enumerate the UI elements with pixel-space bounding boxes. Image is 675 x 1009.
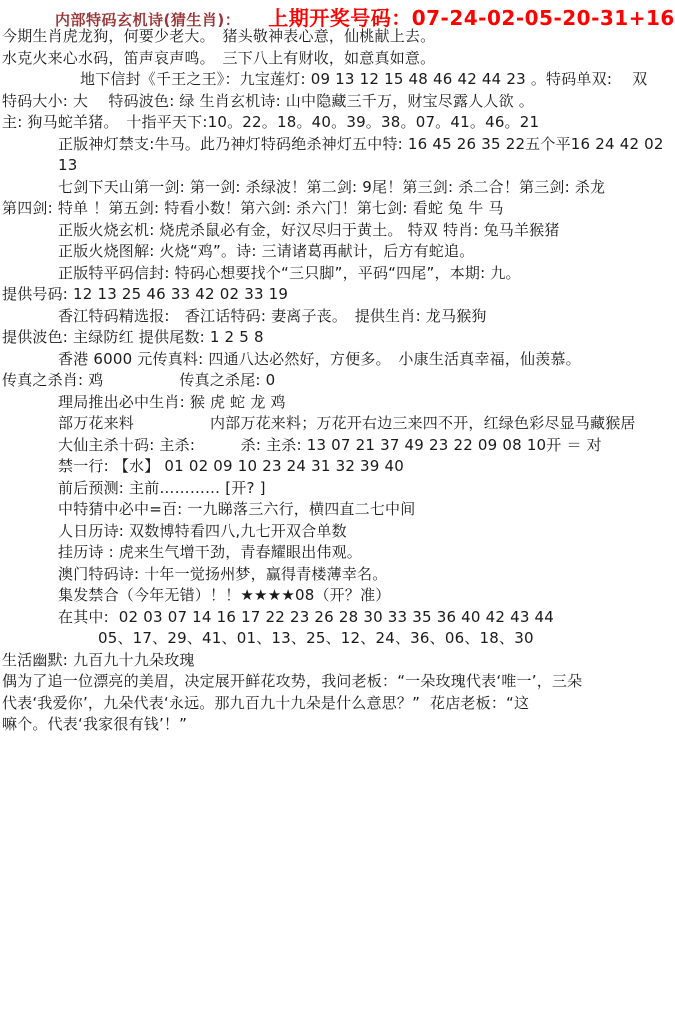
text-line: 在其中: 02 03 07 14 16 17 22 23 26 28 30 33… xyxy=(0,607,675,629)
lottery-tip-sheet: 内部特码玄机诗(猜生肖)： 上期开奖号码：07-24-02-05-20-31+1… xyxy=(0,0,675,1009)
text-line: 嘛个。代表‘我家很有钱’！” xyxy=(0,714,675,736)
text-line: 大仙主杀十码: 主杀: 杀: 主杀: 13 07 21 37 49 23 22 … xyxy=(0,435,675,457)
text-line: 正版火烧图解: 火烧“鸡”。诗: 三请诸葛再献计，后方有蛇追。 xyxy=(0,241,675,263)
text-line: 正版神灯禁支:牛马。此乃神灯特码绝杀神灯五中特: 16 45 26 35 22五… xyxy=(0,134,675,177)
text-line: 传真之杀肖: 鸡 传真之杀尾: 0 xyxy=(0,370,675,392)
text-line: 澳门特码诗: 十年一觉扬州梦，赢得青楼薄幸名。 xyxy=(0,564,675,586)
text-line: 偶为了追一位漂亮的美眉，决定展开鲜花攻势，我问老板：“一朵玫瑰代表‘唯一’，三朵 xyxy=(0,671,675,693)
text-line: 理局推出必中生肖: 猴 虎 蛇 龙 鸡 xyxy=(0,392,675,414)
text-line: 水克火来心水码，笛声哀声鸣。 三下八上有财收，如意真如意。 xyxy=(0,48,675,70)
text-line: 正版特平码信封: 特码心想要找个“三只脚”，平码“四尾”，本期: 九。 xyxy=(0,263,675,285)
text-line: 香江特码精选报: 香江话特码: 妻离子丧。 提供生肖: 龙马猴狗 xyxy=(0,306,675,328)
text-line: 正版火烧玄机: 烧虎杀鼠必有金，好汉尽归于黄土。 特双 特肖: 兔马羊猴猪 xyxy=(0,220,675,242)
text-line: 中特猜中必中=百: 一九睇落三六行，横四直二七中间 xyxy=(0,499,675,521)
header-line: 内部特码玄机诗(猜生肖)： 上期开奖号码：07-24-02-05-20-31+1… xyxy=(0,2,675,26)
text-line: 人日历诗: 双数博特看四八,九七开双合单数 xyxy=(0,521,675,543)
text-line: 前后预测: 主前………… [开? ] xyxy=(0,478,675,500)
text-line: 地下信封《千王之王》：九宝莲灯: 09 13 12 15 48 46 42 44… xyxy=(0,69,675,91)
text-line: 05、17、29、41、01、13、25、12、24、36、06、18、30 xyxy=(0,628,675,650)
text-line: 第四剑: 特单 ！第五剑: 特看小数！第六剑: 杀六门！第七剑: 看蛇 兔 牛 … xyxy=(0,198,675,220)
text-line: 特码大小: 大 特码波色: 绿 生肖玄机诗: 山中隐藏三千万，财宝尽露人人欲 。 xyxy=(0,91,675,113)
text-line: 禁一行: 【水】 01 02 09 10 23 24 31 32 39 40 xyxy=(0,456,675,478)
text-line: 提供号码: 12 13 25 46 33 42 02 33 19 xyxy=(0,284,675,306)
text-line: 代表‘我爱你’，九朵代表‘永远。那九百九十九朵是什么意思？” 花店老板：“这 xyxy=(0,693,675,715)
text-line: 集发禁合（今年无错）！！★★★★08（开？准） xyxy=(0,585,675,607)
text-line: 挂历诗 : 虎来生气增干劲，青春耀眼出伟观。 xyxy=(0,542,675,564)
text-line: 生活幽默: 九百九十九朵玫瑰 xyxy=(0,650,675,672)
text-line: 香港 6000 元传真料: 四通八达必然好，方便多。 小康生活真幸福，仙羡慕。 xyxy=(0,349,675,371)
text-line: 部万花来料 内部万花来料；万花开右边三来四不开，红绿色彩尽显马藏猴居 xyxy=(0,413,675,435)
content-lines: 今期生肖虎龙狗，何要少老大。 猪头敬神表心意，仙桃献上去。水克火来心水码，笛声哀… xyxy=(0,26,675,736)
text-line: 主: 狗马蛇羊猪。 十指平天下:10。22。18。40。39。38。07。41。… xyxy=(0,112,675,134)
text-line: 七剑下天山第一剑: 第一剑: 杀绿波！第二剑: 9尾！第三剑: 杀二合！第三剑:… xyxy=(0,177,675,199)
text-line: 提供波色: 主绿防红 提供尾数: 1 2 5 8 xyxy=(0,327,675,349)
